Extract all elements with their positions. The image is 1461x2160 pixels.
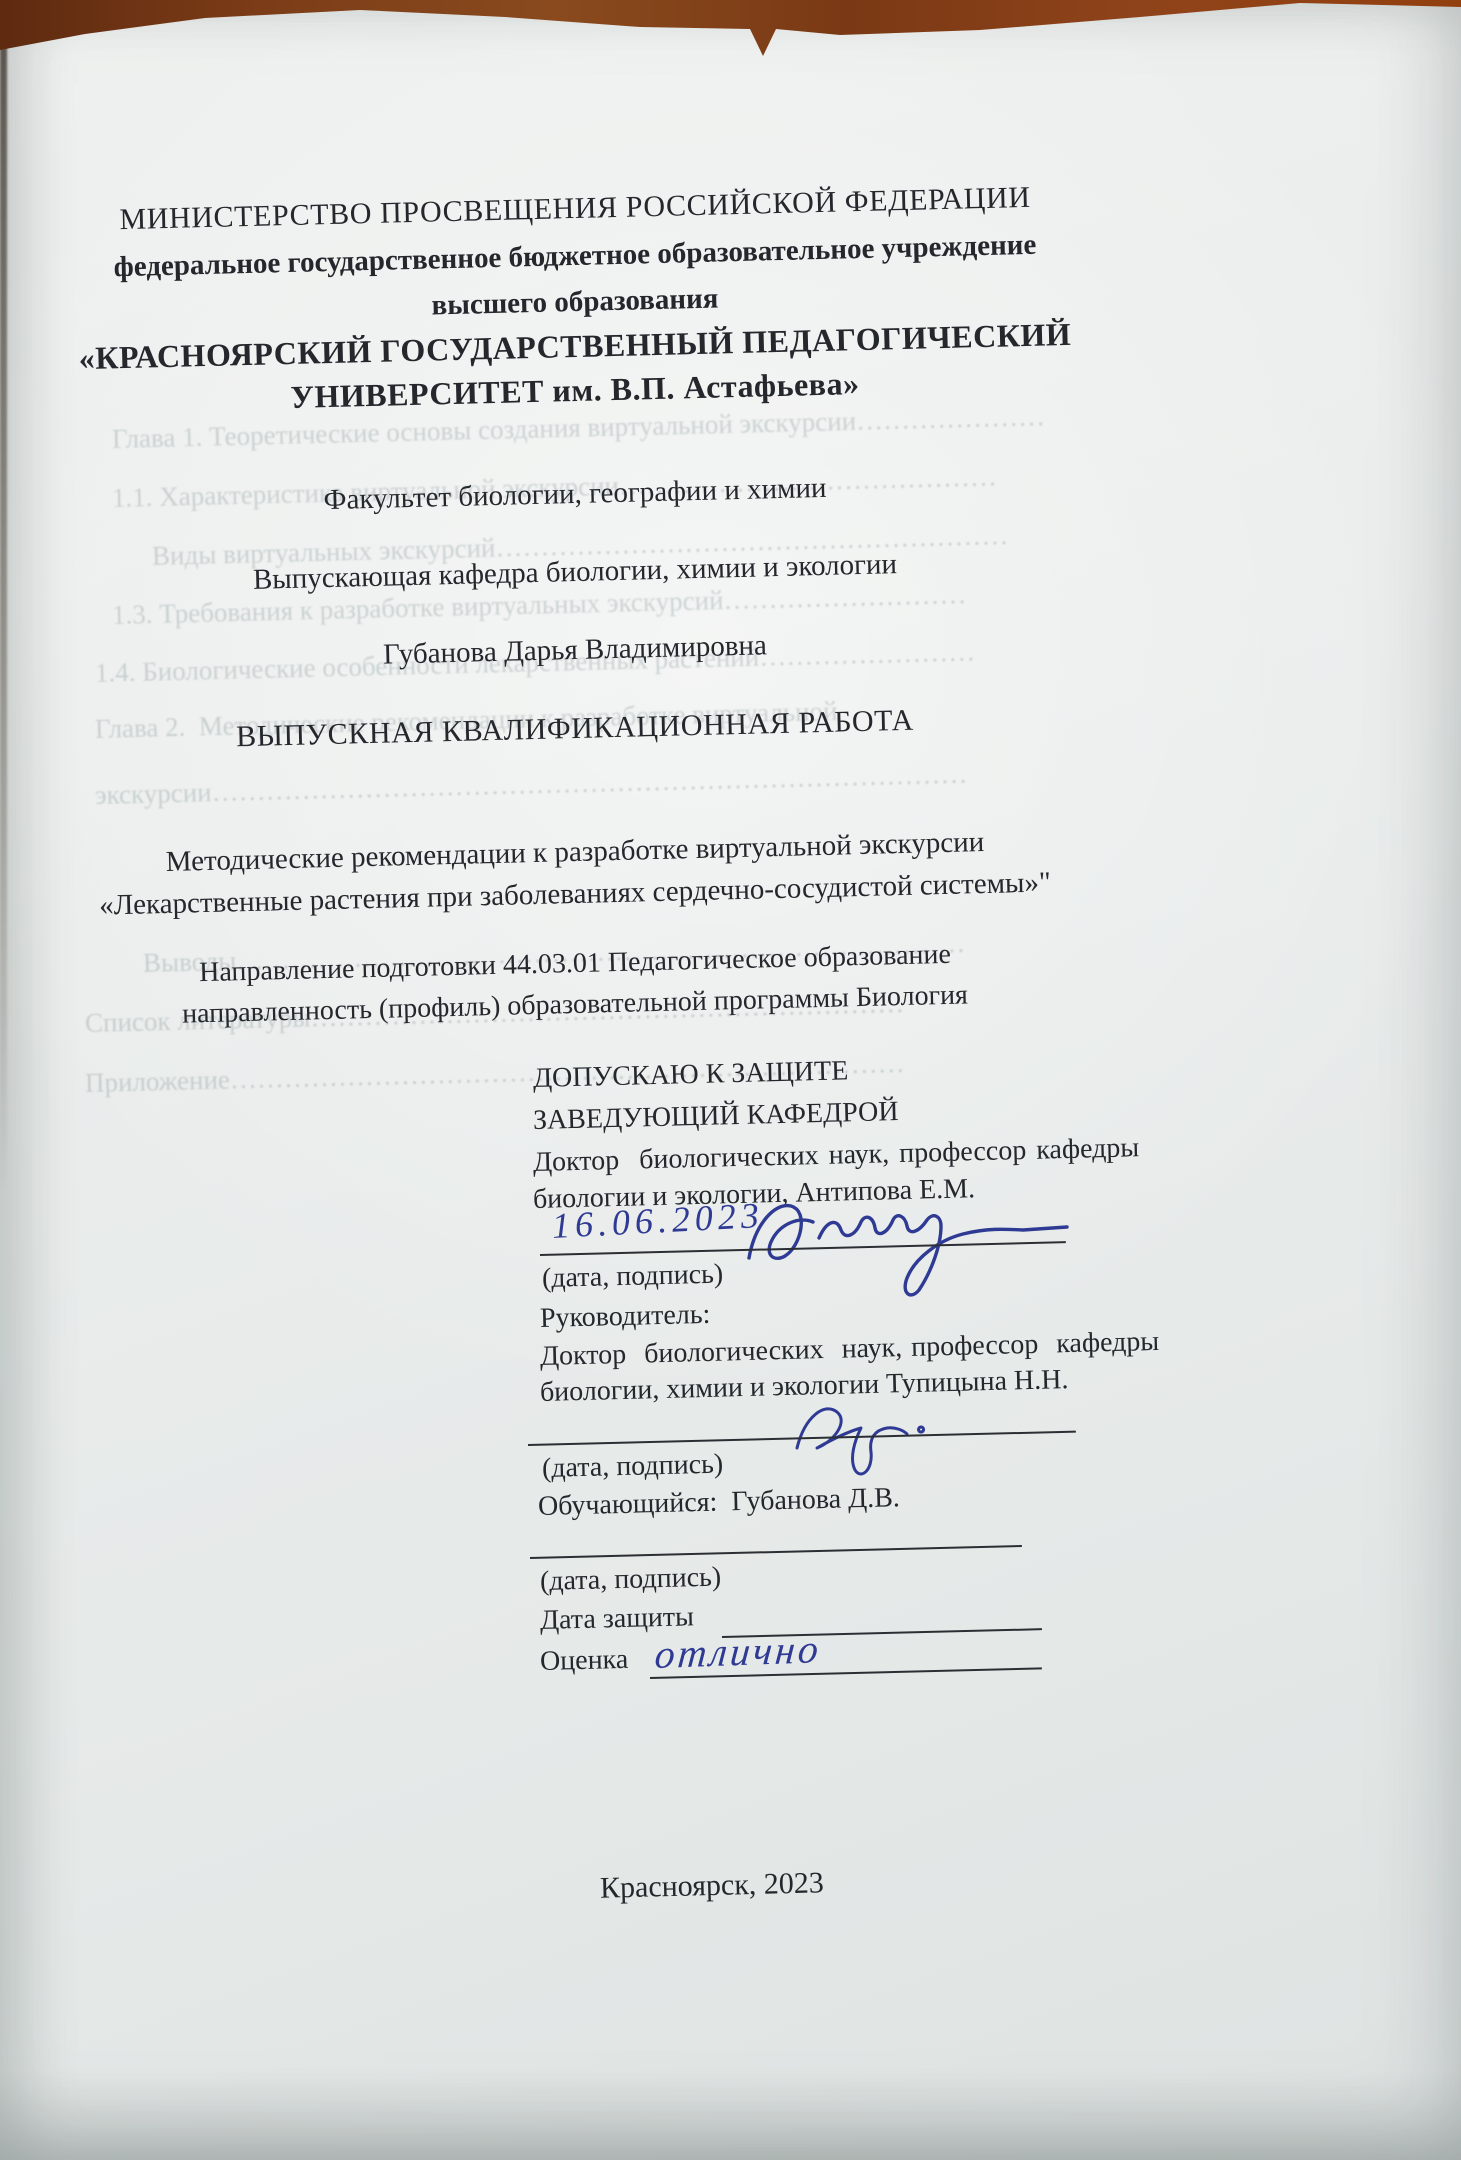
photographed-title-page: Глава 1. Теоретические основы создания в… [0, 0, 1461, 2160]
date-sign-caption-supervisor: (дата, подпись) [542, 1449, 724, 1485]
department-head-role-line: ЗАВЕДУЮЩИЙ КАФЕДРОЙ [533, 1096, 899, 1137]
signature-department-head [735, 1172, 1075, 1309]
city-year-line: Красноярск, 2023 [600, 1866, 825, 1905]
admit-to-defense-line: ДОПУСКАЮ К ЗАЩИТЕ [533, 1055, 849, 1095]
handwritten-grade: отлично [653, 1625, 823, 1678]
supervisor-label: Руководитель: [540, 1299, 711, 1335]
date-sign-caption-student: (дата, подпись) [540, 1562, 722, 1598]
grade-label: Оценка [540, 1644, 629, 1678]
ministry-line: МИНИСТЕРСТВО ПРОСВЕЩЕНИЯ РОССИЙСКОЙ ФЕДЕ… [60, 179, 1091, 238]
document-page: Глава 1. Теоретические основы создания в… [0, 0, 1461, 2160]
bleed-through-line: экскурсии………………………………………………………………………… [95, 759, 968, 811]
paper-bottom-shadow [0, 2070, 1461, 2160]
signature-rule-student [530, 1545, 1022, 1559]
student-line: Обучающийся: Губанова Д.В. [538, 1482, 901, 1523]
date-sign-caption-head: (дата, подпись) [542, 1259, 724, 1295]
